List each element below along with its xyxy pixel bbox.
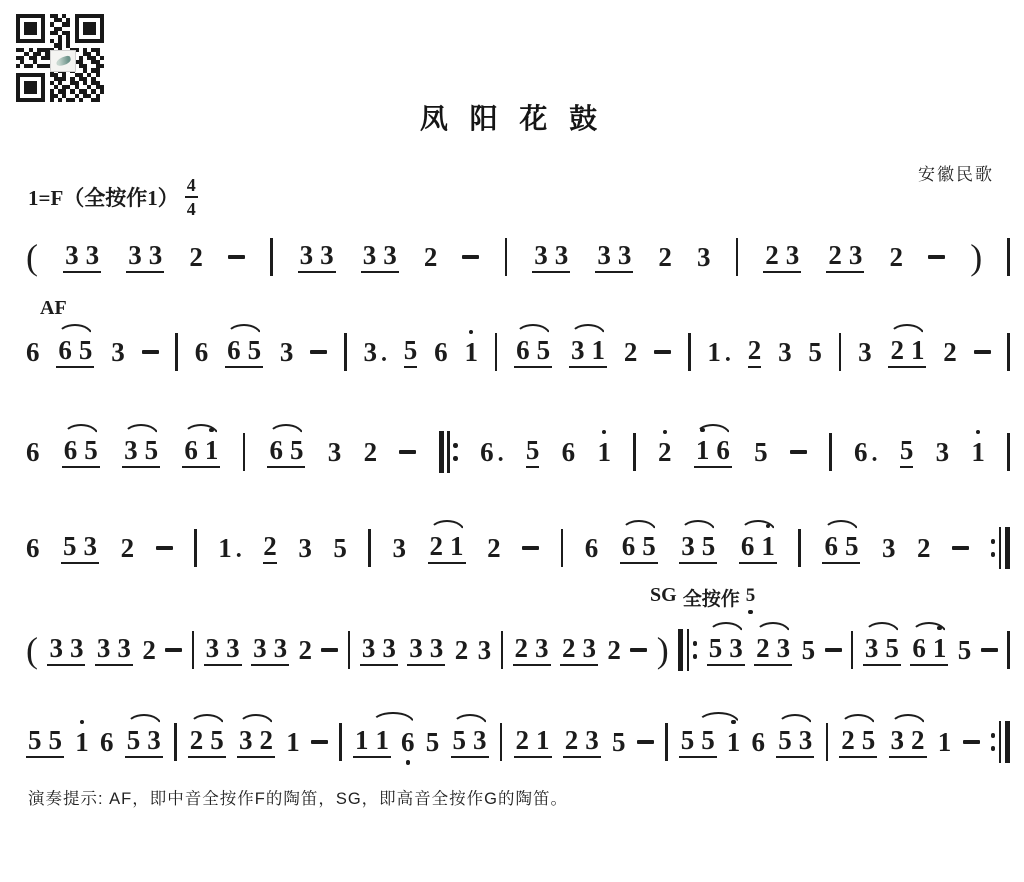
note: 5: [127, 727, 141, 754]
beam-pair: 53: [61, 533, 99, 564]
beam-pair: 23: [826, 242, 864, 273]
note-number: 2: [765, 242, 779, 269]
barline: [174, 723, 177, 761]
note-number: 2: [516, 727, 530, 754]
note: 3: [409, 635, 423, 662]
note: 3: [571, 337, 585, 364]
note: 5: [701, 727, 715, 754]
slur-arc: [777, 714, 813, 726]
note: 2: [917, 535, 931, 562]
note-number: 6: [622, 533, 636, 560]
note-number: 3: [363, 242, 377, 269]
barline: [736, 238, 739, 276]
extension-dash: [790, 450, 807, 454]
note-number: 6: [64, 437, 78, 464]
beam-pair: 21: [888, 337, 926, 368]
sg-base-note: 5: [746, 586, 756, 605]
note: 2: [624, 339, 638, 366]
note-number: 5: [537, 337, 551, 364]
extension-dash: [311, 740, 328, 744]
note: 2: [142, 637, 156, 664]
octave-dot-above: [602, 430, 606, 434]
augmentation-dot: .: [498, 442, 504, 466]
extension-dash: [142, 350, 159, 354]
note: 2: [765, 242, 779, 269]
note-number: 2: [515, 635, 529, 662]
note: 5: [145, 437, 159, 464]
barline: [851, 631, 854, 669]
note-number: 5: [702, 533, 716, 560]
note-number: 5: [145, 437, 159, 464]
beam-line: 32: [889, 727, 927, 758]
beam-line: 25: [188, 727, 226, 758]
augmentation-dot: .: [236, 538, 242, 562]
note: 3: [597, 242, 611, 269]
note-number: 3: [206, 635, 220, 662]
barline: [688, 333, 691, 371]
note-number: 3: [430, 635, 444, 662]
extension-dash: [462, 255, 479, 259]
note-number: 6: [854, 439, 868, 466]
note: 2: [515, 635, 529, 662]
note-number: 6: [716, 437, 730, 464]
extension-dash: [637, 740, 654, 744]
note-number: 5: [885, 635, 899, 662]
extension-dash: [981, 648, 998, 652]
note-number: 3: [786, 242, 800, 269]
beam-line: 65: [620, 533, 658, 564]
note-number: 5: [612, 729, 626, 756]
note-number: 5: [79, 337, 93, 364]
close-paren: ): [657, 632, 669, 668]
tie-arc: [697, 712, 740, 724]
note-number: 1: [355, 727, 369, 754]
beam-line: 55: [679, 727, 717, 758]
note-number: 6: [752, 729, 766, 756]
note-number: 1: [597, 439, 611, 466]
note: 3: [478, 637, 492, 664]
note-number: 3: [936, 439, 950, 466]
note-number: 1: [75, 729, 89, 756]
note-number: 3: [409, 635, 423, 662]
note: 3: [729, 635, 743, 662]
note: 3: [382, 635, 396, 662]
note: 3: [858, 339, 872, 366]
slur-arc: [183, 424, 219, 436]
note: 3: [534, 242, 548, 269]
note: 3.: [363, 339, 387, 366]
note: 6: [227, 337, 241, 364]
beam-pair: 31: [569, 337, 607, 368]
beam-line: 21: [428, 533, 466, 564]
note-number: 2: [624, 339, 638, 366]
barline: [194, 529, 197, 567]
beam-pair: 23: [563, 727, 601, 758]
note-number: 3: [392, 535, 406, 562]
note-number: 2: [841, 727, 855, 754]
note-number: 1: [911, 337, 925, 364]
note-number: 2: [364, 439, 378, 466]
extension-dash: [321, 648, 338, 652]
note-number: 3: [597, 242, 611, 269]
note: 5: [754, 439, 768, 466]
beam-line: 65: [514, 337, 552, 368]
beam-line: 35: [863, 635, 901, 666]
barline: [505, 238, 508, 276]
repeat-dot: [991, 552, 996, 557]
note: 1: [355, 727, 369, 754]
tie-arc: [371, 712, 414, 724]
beam-line: 33: [251, 635, 289, 666]
beam-line: 53: [707, 635, 745, 666]
barline: [500, 723, 503, 761]
note: 6: [434, 339, 448, 366]
notation-line-af-1: 665366533.561653121.2353212: [26, 327, 1010, 377]
note: 3: [681, 533, 695, 560]
note-number: 3: [777, 635, 791, 662]
barline: [1007, 333, 1010, 371]
note: 5: [404, 337, 418, 368]
slur-arc: [452, 714, 488, 726]
beam-pair: 32: [237, 727, 275, 758]
repeat-begin-sign: [439, 431, 458, 473]
note-number: 5: [845, 533, 859, 560]
note-number: 3: [49, 635, 63, 662]
octave-dot-above: [80, 720, 84, 724]
note-number: 5: [862, 727, 876, 754]
note-number: 5: [49, 727, 63, 754]
note: 6: [752, 729, 766, 756]
beam-line: 25: [839, 727, 877, 758]
note-number: 2: [260, 727, 274, 754]
qr-code: [14, 12, 110, 108]
barline: [1007, 238, 1010, 276]
note: 1: [727, 729, 741, 756]
beam-line: 53: [125, 727, 163, 758]
time-signature-denominator: 4: [187, 200, 196, 218]
note: 3: [585, 727, 599, 754]
note: 5: [958, 637, 972, 664]
beam-pair: 33: [532, 242, 570, 273]
note: 6.: [854, 439, 878, 466]
note: 3: [473, 727, 487, 754]
note: 1: [597, 439, 611, 466]
note-number: 3: [320, 242, 334, 269]
note: 2: [430, 533, 444, 560]
sg-label-text: SG: [650, 584, 677, 607]
beam-line: 53: [776, 727, 814, 758]
extension-dash: [522, 546, 539, 550]
tie-group: 551: [679, 727, 741, 758]
octave-dot-above: [663, 430, 667, 434]
note: 1: [761, 533, 775, 560]
beam-line: 11: [353, 727, 391, 758]
note: 1: [450, 533, 464, 560]
note-number: 2: [562, 635, 576, 662]
note-number: 6: [585, 535, 599, 562]
extension-dash: [156, 546, 173, 550]
note: 5: [84, 437, 98, 464]
note-number: 6: [100, 729, 114, 756]
note: 1.: [707, 339, 731, 366]
beam-pair: 23: [763, 242, 801, 273]
extension-dash: [825, 648, 842, 652]
note: 5: [642, 533, 656, 560]
sg-label-suffix: 全按作: [683, 584, 740, 611]
note: 2: [190, 727, 204, 754]
note: 6: [184, 437, 198, 464]
slur-arc: [890, 714, 926, 726]
note: 3: [253, 635, 267, 662]
note-number: 3: [239, 727, 253, 754]
note: 3: [582, 635, 596, 662]
repeat-thin-line: [999, 721, 1002, 763]
barline: [826, 723, 829, 761]
note-number: 6: [516, 337, 530, 364]
barline: [243, 433, 246, 471]
note-number: 3: [697, 244, 711, 271]
note: 5: [885, 635, 899, 662]
note-number: 6: [401, 729, 415, 756]
note: 2: [562, 635, 576, 662]
key-signature-text: 1=F（全按作1）: [28, 182, 179, 212]
note-number: 1: [286, 729, 300, 756]
note: 3: [124, 437, 138, 464]
note: 5: [709, 635, 723, 662]
note-number: 1: [933, 635, 947, 662]
beam-line: 53: [61, 533, 99, 564]
note-number: 5: [808, 339, 822, 366]
slur-arc: [755, 622, 791, 634]
note: 1: [696, 437, 710, 464]
note-number: 6: [184, 437, 198, 464]
note-number: 6: [26, 339, 40, 366]
note: 6: [64, 437, 78, 464]
repeat-thin-line: [999, 527, 1002, 569]
slur-arc: [189, 714, 225, 726]
note: 5: [426, 729, 440, 756]
note: 3: [298, 535, 312, 562]
note-number: 3: [274, 635, 288, 662]
beam-pair: 53: [451, 727, 489, 758]
beam-line: 16: [694, 437, 732, 468]
note-number: 2: [607, 637, 621, 664]
note-number: 1: [464, 339, 478, 366]
repeat-end-sign: [991, 721, 1010, 763]
note-number: 3: [571, 337, 585, 364]
notation-line-af-2: 665356165326.56121656.531: [26, 427, 1010, 477]
note-number: 3: [70, 635, 84, 662]
note: 3: [84, 533, 98, 560]
note-number: 3: [535, 635, 549, 662]
note-number: 3: [534, 242, 548, 269]
barline: [175, 333, 178, 371]
note: 3: [618, 242, 632, 269]
note-number: 3: [882, 535, 896, 562]
note: 3: [320, 242, 334, 269]
barline: [344, 333, 347, 371]
note: 6: [195, 339, 209, 366]
note: 1.: [218, 535, 242, 562]
note: 2: [121, 535, 135, 562]
note-number: 3: [382, 635, 396, 662]
note-number: 5: [642, 533, 656, 560]
note-number: 3: [111, 339, 125, 366]
note: 1: [286, 729, 300, 756]
tie-group: 116: [353, 727, 415, 758]
note: 3: [865, 635, 879, 662]
beam-pair: 33: [63, 242, 101, 273]
note: 6: [741, 533, 755, 560]
note-number: 3: [298, 535, 312, 562]
barline: [270, 238, 273, 276]
beam-pair: 23: [754, 635, 792, 666]
note: 2: [828, 242, 842, 269]
slur-arc: [123, 424, 159, 436]
beam-pair: 65: [225, 337, 263, 368]
note: 5: [49, 727, 63, 754]
note-number: 3: [363, 339, 377, 366]
repeat-dot: [991, 539, 996, 544]
note: 5: [778, 727, 792, 754]
beam-pair: 25: [188, 727, 226, 758]
note: 3: [147, 727, 161, 754]
note-number: 3: [891, 727, 905, 754]
note-number: 5: [958, 637, 972, 664]
note: 3: [430, 635, 444, 662]
note-number: 2: [748, 337, 762, 364]
beam-pair: 65: [822, 533, 860, 564]
note-number: 6: [912, 635, 926, 662]
note-number: 5: [526, 437, 540, 464]
note: 2: [841, 727, 855, 754]
note-number: 5: [290, 437, 304, 464]
barline: [1007, 433, 1010, 471]
leaf-icon: [55, 55, 72, 67]
beam-line: 32: [237, 727, 275, 758]
note: 3: [786, 242, 800, 269]
note-number: 3: [147, 727, 161, 754]
notation-line-sg-2: 551653253211165532123555165325321: [26, 717, 1010, 767]
note-number: 6: [741, 533, 755, 560]
note-number: 3: [280, 339, 294, 366]
note: 2: [658, 244, 672, 271]
augmentation-dot: .: [381, 342, 387, 366]
barline: [1007, 631, 1010, 669]
note-number: 5: [333, 535, 347, 562]
beam-line: 33: [126, 242, 164, 273]
beam-pair: 33: [298, 242, 336, 273]
note: 1: [536, 727, 550, 754]
beam-pair: 21: [428, 533, 466, 564]
beam-line: 35: [679, 533, 717, 564]
note: 5: [248, 337, 262, 364]
beam-pair: 53: [707, 635, 745, 666]
extension-dash: [630, 648, 647, 652]
extension-dash: [399, 450, 416, 454]
note: 6: [912, 635, 926, 662]
note: 5: [28, 727, 42, 754]
note: 3: [799, 727, 813, 754]
beam-pair: 16: [694, 437, 732, 468]
beam-pair: 33: [95, 635, 133, 666]
note: 6: [824, 533, 838, 560]
note-number: 1: [536, 727, 550, 754]
beam-pair: 61: [182, 437, 220, 468]
note-number: 2: [121, 535, 135, 562]
beam-line: 65: [267, 437, 305, 468]
extension-dash: [228, 255, 245, 259]
slur-arc: [268, 424, 304, 436]
note: 5: [808, 339, 822, 366]
note-number: 3: [300, 242, 314, 269]
note-number: 5: [746, 586, 756, 605]
beam-pair: 33: [360, 635, 398, 666]
repeat-dot: [453, 443, 458, 448]
note: 6: [100, 729, 114, 756]
note-number: 3: [585, 727, 599, 754]
note: 3: [697, 244, 711, 271]
beam-pair: 55: [26, 727, 64, 758]
note-number: 3: [681, 533, 695, 560]
note: 1: [911, 337, 925, 364]
beam-line: 33: [95, 635, 133, 666]
note-number: 5: [210, 727, 224, 754]
note-number: 3: [618, 242, 632, 269]
beam-line: 21: [888, 337, 926, 368]
note: 5: [333, 535, 347, 562]
note: 3: [226, 635, 240, 662]
slur-arc: [708, 622, 744, 634]
slur-arc: [570, 324, 606, 336]
beam-pair: 55: [679, 727, 717, 758]
note-number: 5: [426, 729, 440, 756]
note-number: 3: [97, 635, 111, 662]
beam-line: 33: [204, 635, 242, 666]
octave-dot-below: [748, 610, 752, 614]
note: 1: [971, 439, 985, 466]
repeat-dots: [991, 539, 996, 556]
note-number: 3: [473, 727, 487, 754]
beam-line: 33: [63, 242, 101, 273]
augmentation-dot: .: [725, 342, 731, 366]
repeat-thick-line: [678, 629, 683, 671]
note-number: 1: [205, 437, 219, 464]
note-number: 3: [328, 439, 342, 466]
note-number: 3: [362, 635, 376, 662]
note: 6: [26, 439, 40, 466]
note-number: 1: [761, 533, 775, 560]
beam-pair: 33: [361, 242, 399, 273]
note: 5: [900, 437, 914, 468]
slur-arc: [621, 520, 657, 532]
beam-pair: 61: [739, 533, 777, 564]
note: 3: [65, 242, 79, 269]
note: 2: [263, 533, 277, 564]
repeat-dots: [453, 443, 458, 460]
beam-pair: 33: [251, 635, 289, 666]
note: 1: [592, 337, 606, 364]
beam-pair: 32: [889, 727, 927, 758]
note: 3: [300, 242, 314, 269]
note-number: 1: [938, 729, 952, 756]
beam-pair: 65: [514, 337, 552, 368]
note: 6: [585, 535, 599, 562]
note-number: 2: [658, 244, 672, 271]
beam-pair: 35: [122, 437, 160, 468]
note-number: 1: [971, 439, 985, 466]
note-number: 3: [86, 242, 100, 269]
